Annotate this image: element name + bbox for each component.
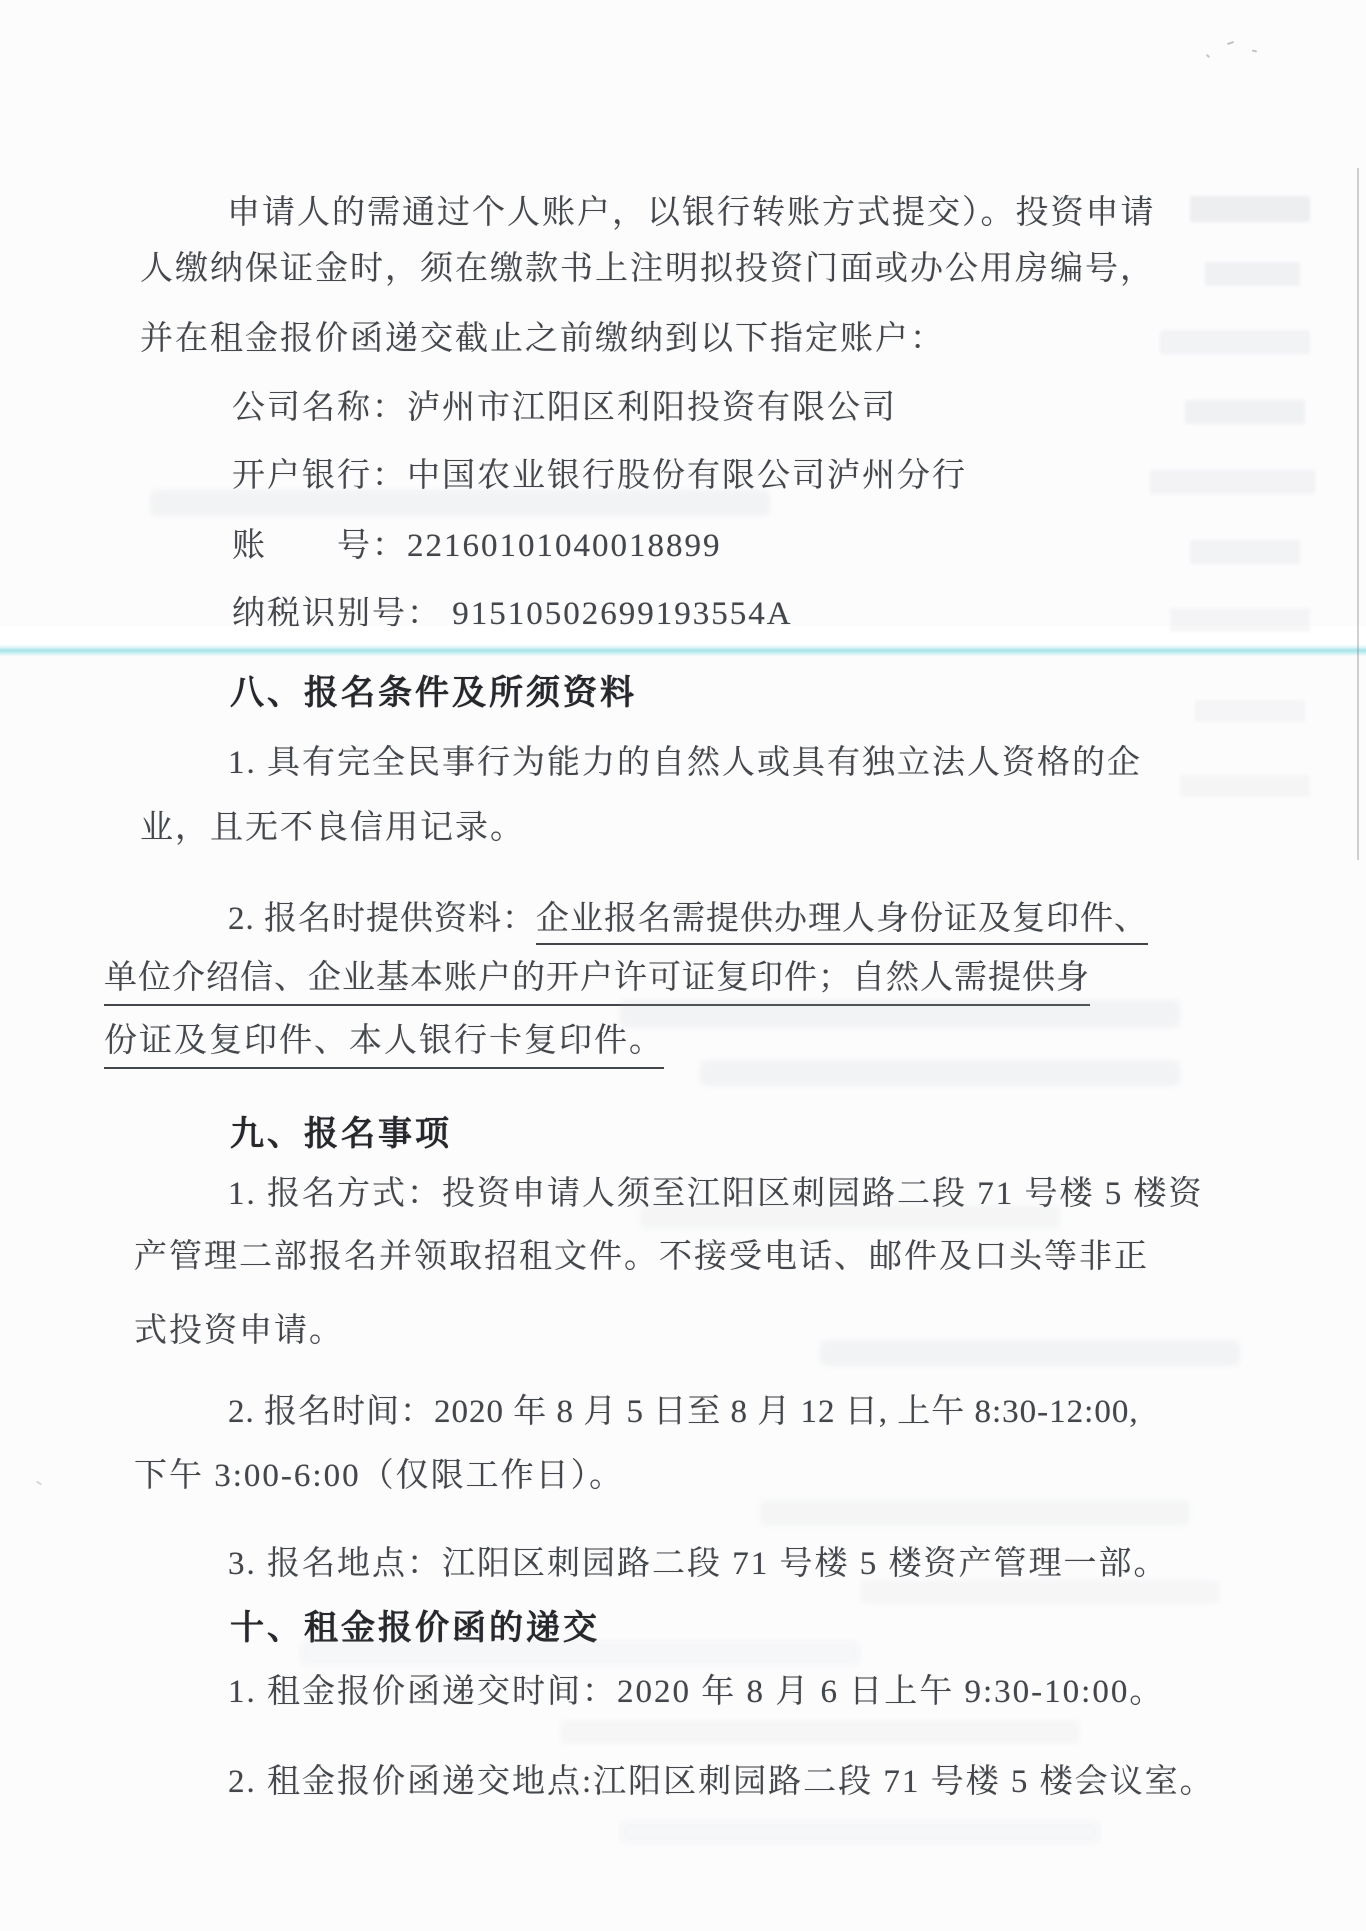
- scan-speck: [36, 1481, 42, 1486]
- bleedthrough-smudge: [620, 1820, 1100, 1844]
- bleedthrough-smudge: [620, 1000, 1180, 1028]
- bleedthrough-smudge: [300, 1640, 860, 1666]
- section9-heading: 九、报名事项: [230, 1113, 452, 1155]
- section8-item2-underlined-1: 企业报名需提供办理人身份证及复印件、: [536, 901, 1148, 945]
- scan-white-band: [0, 626, 1366, 644]
- intro-line-3: 并在租金报价函递交截止之前缴纳到以下指定账户：: [140, 319, 945, 359]
- scan-speck: [1252, 50, 1257, 53]
- section8-item2-prefix: 2. 报名时提供资料：: [228, 901, 536, 937]
- bleedthrough-smudge: [860, 1580, 1220, 1604]
- bleedthrough-smudge: [700, 1060, 1180, 1086]
- bleedthrough-smudge: [820, 1340, 1240, 1366]
- account-number-line: 账 号：22160101040018899: [232, 526, 722, 566]
- bleedthrough-smudge: [760, 1500, 1190, 1526]
- scan-speck: [1227, 41, 1234, 45]
- section8-item2-underlined-3: 份证及复印件、本人银行卡复印件。: [104, 1021, 664, 1069]
- scan-speck: [1206, 54, 1210, 58]
- intro-line-1: 申请人的需通过个人账户，以银行转账方式提交）。投资申请: [227, 193, 1156, 233]
- bleedthrough-block: [1180, 775, 1310, 797]
- section10-item2: 2. 租金报价函递交地点:江阳区刺园路二段 71 号楼 5 楼会议室。: [228, 1762, 1215, 1802]
- bleedthrough-block: [1170, 608, 1310, 632]
- section9-item2-line2: 下午 3:00-6:00（仅限工作日）。: [134, 1456, 624, 1496]
- bleedthrough-smudge: [560, 1720, 1080, 1744]
- section8-item1-line1: 1. 具有完全民事行为能力的自然人或具有独立法人资格的企: [228, 743, 1142, 783]
- section9-item1-line2: 产管理二部报名并领取招租文件。不接受电话、邮件及口头等非正: [134, 1237, 1149, 1277]
- bleedthrough-block: [1185, 400, 1305, 424]
- bleedthrough-smudge: [640, 1205, 1060, 1229]
- bleedthrough-block: [1190, 540, 1300, 564]
- section8-item2-underlined-2: 单位介绍信、企业基本账户的开户许可证复印件；自然人需提供身: [104, 958, 1090, 1006]
- section8-item1-line2: 业，且无不良信用记录。: [140, 808, 525, 848]
- bleedthrough-block: [1150, 470, 1315, 494]
- section8-heading: 八、报名条件及所须资料: [230, 672, 637, 714]
- bleedthrough-block: [1160, 330, 1310, 354]
- section8-item2-line1: 2. 报名时提供资料：企业报名需提供办理人身份证及复印件、: [228, 899, 1148, 939]
- section9-item1-line3: 式投资申请。: [134, 1311, 344, 1351]
- bleedthrough-block: [1190, 196, 1310, 222]
- section9-item2-line1: 2. 报名时间：2020 年 8 月 5 日至 8 月 12 日, 上午 8:3…: [228, 1392, 1139, 1432]
- bleedthrough-smudge: [150, 490, 770, 516]
- intro-line-2: 人缴纳保证金时，须在缴款书上注明拟投资门面或办公用房编号，: [140, 249, 1155, 289]
- document-page: 申请人的需通过个人账户，以银行转账方式提交）。投资申请 人缴纳保证金时，须在缴款…: [0, 0, 1366, 1931]
- cyan-scan-line: [0, 644, 1366, 656]
- bleedthrough-block: [1195, 700, 1305, 722]
- section9-item3: 3. 报名地点：江阳区刺园路二段 71 号楼 5 楼资产管理一部。: [228, 1544, 1169, 1584]
- account-company-name: 公司名称：泸州市江阳区利阳投资有限公司: [232, 388, 897, 428]
- section10-item1: 1. 租金报价函递交时间：2020 年 8 月 6 日上午 9:30-10:00…: [228, 1672, 1164, 1712]
- bleedthrough-vertical-rule: [1357, 168, 1359, 860]
- bleedthrough-block: [1205, 262, 1300, 286]
